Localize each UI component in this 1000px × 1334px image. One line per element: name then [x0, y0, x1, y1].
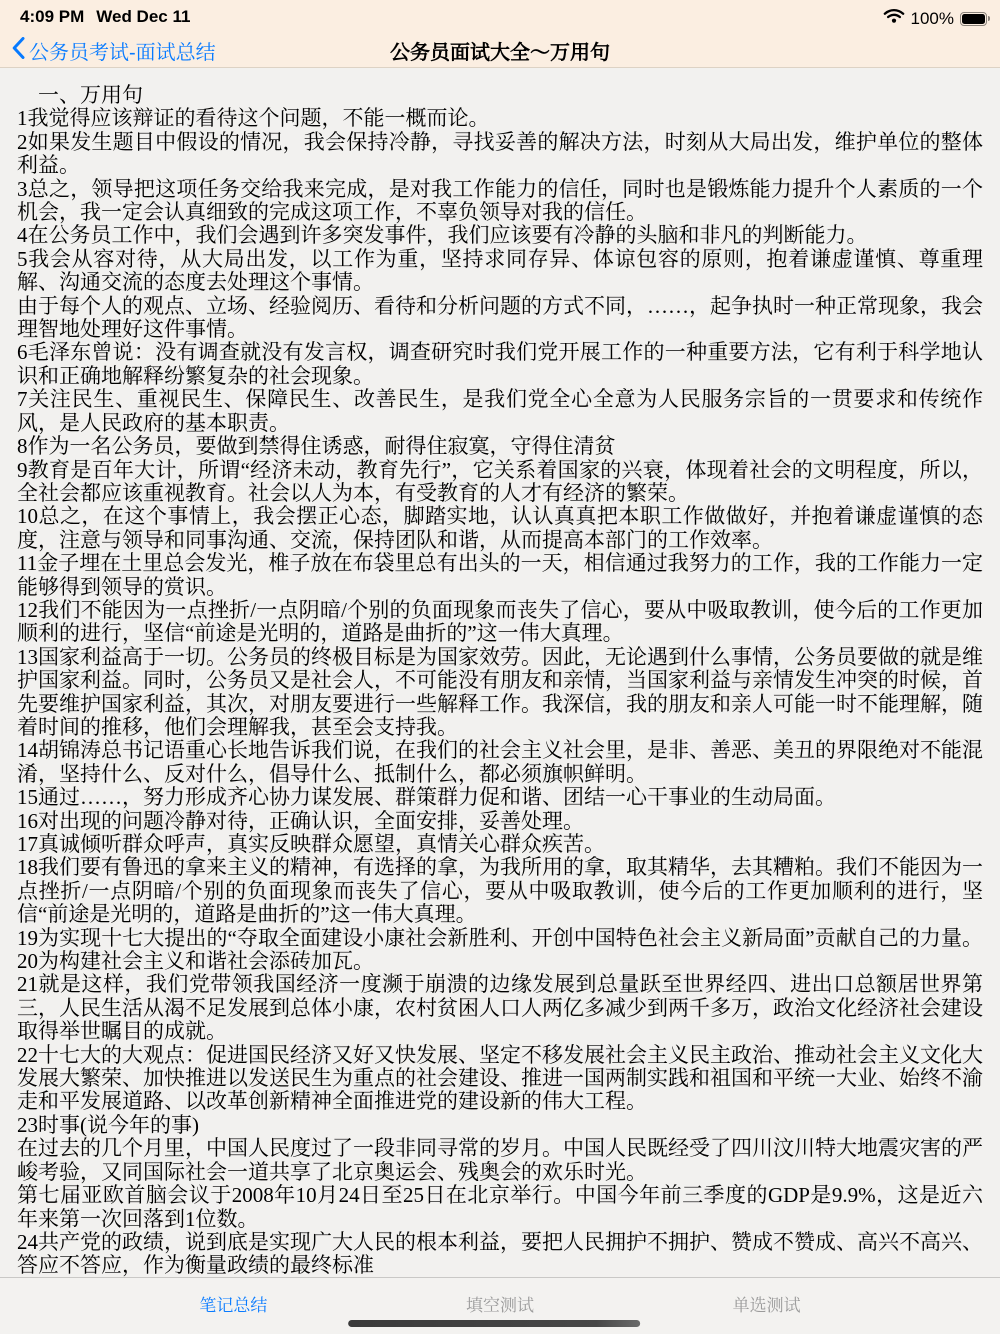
battery-icon — [960, 12, 990, 26]
paragraph: 第七届亚欧首脑会议于2008年10月24日至25日在北京举行。中国今年前三季度的… — [17, 1184, 983, 1231]
chevron-left-icon — [12, 37, 25, 65]
paragraph: 22十七大的大观点：促进国民经济又好又快发展、坚定不移发展社会主义民主政治、推动… — [17, 1044, 983, 1114]
status-date: Wed Dec 11 — [96, 7, 190, 27]
app-screen: 4:09 PM Wed Dec 11 100% — [0, 0, 1000, 1334]
paragraph: 9教育是百年大计，所谓“经济未动，教育先行”，它关系着国家的兴衰，体现着社会的文… — [17, 459, 983, 506]
status-left: 4:09 PM Wed Dec 11 — [20, 7, 190, 27]
back-button-label: 公务员考试-面试总结 — [29, 36, 216, 65]
paragraph: 3总之，领导把这项任务交给我来完成，是对我工作能力的信任，同时也是锻炼能力提升个… — [17, 178, 983, 225]
paragraph: 10总之，在这个事情上，我会摆正心态，脚踏实地，认认真真把本职工作做做好，并抱着… — [17, 505, 983, 552]
paragraph: 8作为一名公务员，要做到禁得住诱惑，耐得住寂寞，守得住清贫 — [17, 435, 983, 458]
paragraph: 4在公务员工作中，我们会遇到许多突发事件，我们应该要有冷静的头脑和非凡的判断能力… — [17, 224, 983, 247]
paragraph-list: 1我觉得应该辩证的看待这个问题，不能一概而论。2如果发生题目中假设的情况，我会保… — [17, 107, 983, 1277]
status-time: 4:09 PM — [20, 7, 84, 27]
paragraph: 23时事(说今年的事) — [17, 1114, 983, 1137]
paragraph: 19为实现十七大提出的“夺取全面建设小康社会新胜利、开创中国特色社会主义新局面”… — [17, 927, 983, 974]
paragraph: 11金子埋在土里总会发光，椎子放在布袋里总有出头的一天，相信通过我努力的工作，我… — [17, 552, 983, 599]
paragraph: 14胡锦涛总书记语重心长地告诉我们说，在我们的社会主义社会里，是非、善恶、美丑的… — [17, 739, 983, 786]
paragraph: 16对出现的问题冷静对待，正确认识，全面安排，妥善处理。 — [17, 810, 983, 833]
top-chrome: 4:09 PM Wed Dec 11 100% — [0, 0, 1000, 68]
paragraph: 在过去的几个月里，中国人民度过了一段非同寻常的岁月。中国人民既经受了四川汶川特大… — [17, 1137, 983, 1184]
page-title: 公务员面试大全～万用句 — [200, 36, 800, 65]
paragraph: 2如果发生题目中假设的情况，我会保持冷静，寻找妥善的解决方法，时刻从大局出发，维… — [17, 131, 983, 178]
tab-notes-summary[interactable]: 笔记总结 — [100, 1278, 367, 1334]
paragraph: 7关注民生、重视民生、保障民生、改善民生，是我们党全心全意为人民服务宗旨的一贯要… — [17, 388, 983, 435]
tab-single-choice-test[interactable]: 单选测试 — [633, 1278, 900, 1334]
nav-bar: 公务员考试-面试总结 公务员面试大全～万用句 — [0, 36, 1000, 66]
paragraph: 13国家利益高于一切。公务员的终极目标是为国家效劳。因此，无论遇到什么事情，公务… — [17, 646, 983, 740]
home-indicator[interactable] — [348, 1320, 640, 1327]
status-bar: 4:09 PM Wed Dec 11 100% — [0, 7, 1000, 27]
paragraph: 24共产党的政绩，说到底是实现广大人民的根本利益，要把人民拥护不拥护、赞成不赞成… — [17, 1231, 983, 1277]
section-heading: 一、万用句 — [17, 84, 983, 107]
paragraph: 1我觉得应该辩证的看待这个问题，不能一概而论。 — [17, 107, 983, 130]
note-content-scroll-area[interactable]: 一、万用句 1我觉得应该辩证的看待这个问题，不能一概而论。2如果发生题目中假设的… — [0, 69, 1000, 1277]
paragraph: 12我们不能因为一点挫折/一点阴暗/个别的负面现象而丧失了信心，要从中吸取教训，… — [17, 599, 983, 646]
paragraph: 21就是这样，我们党带领我国经济一度濒于崩溃的边缘发展到总量跃至世界经四、进出口… — [17, 973, 983, 1043]
paragraph: 6毛泽东曾说：没有调查就没有发言权，调查研究时我们党开展工作的一种重要方法，它有… — [17, 341, 983, 388]
paragraph: 15通过……，努力形成齐心协力谋发展、群策群力促和谐、团结一心干事业的生动局面。 — [17, 786, 983, 809]
paragraph: 17真诚倾听群众呼声，真实反映群众愿望，真情关心群众疾苦。 — [17, 833, 983, 856]
wifi-icon — [883, 8, 905, 29]
status-right: 100% — [883, 8, 990, 29]
paragraph: 5我会从容对待，从大局出发，以工作为重，坚持求同存异、体谅包容的原则，抱着谦虚谨… — [17, 248, 983, 295]
paragraph: 18我们要有鲁迅的拿来主义的精神，有选择的拿，为我所用的拿，取其精华，去其糟粕。… — [17, 856, 983, 926]
paragraph: 由于每个人的观点、立场、经验阅历、看待和分析问题的方式不同，……，起争执时一种正… — [17, 295, 983, 342]
battery-percentage: 100% — [911, 9, 954, 29]
back-button[interactable]: 公务员考试-面试总结 — [12, 36, 216, 65]
